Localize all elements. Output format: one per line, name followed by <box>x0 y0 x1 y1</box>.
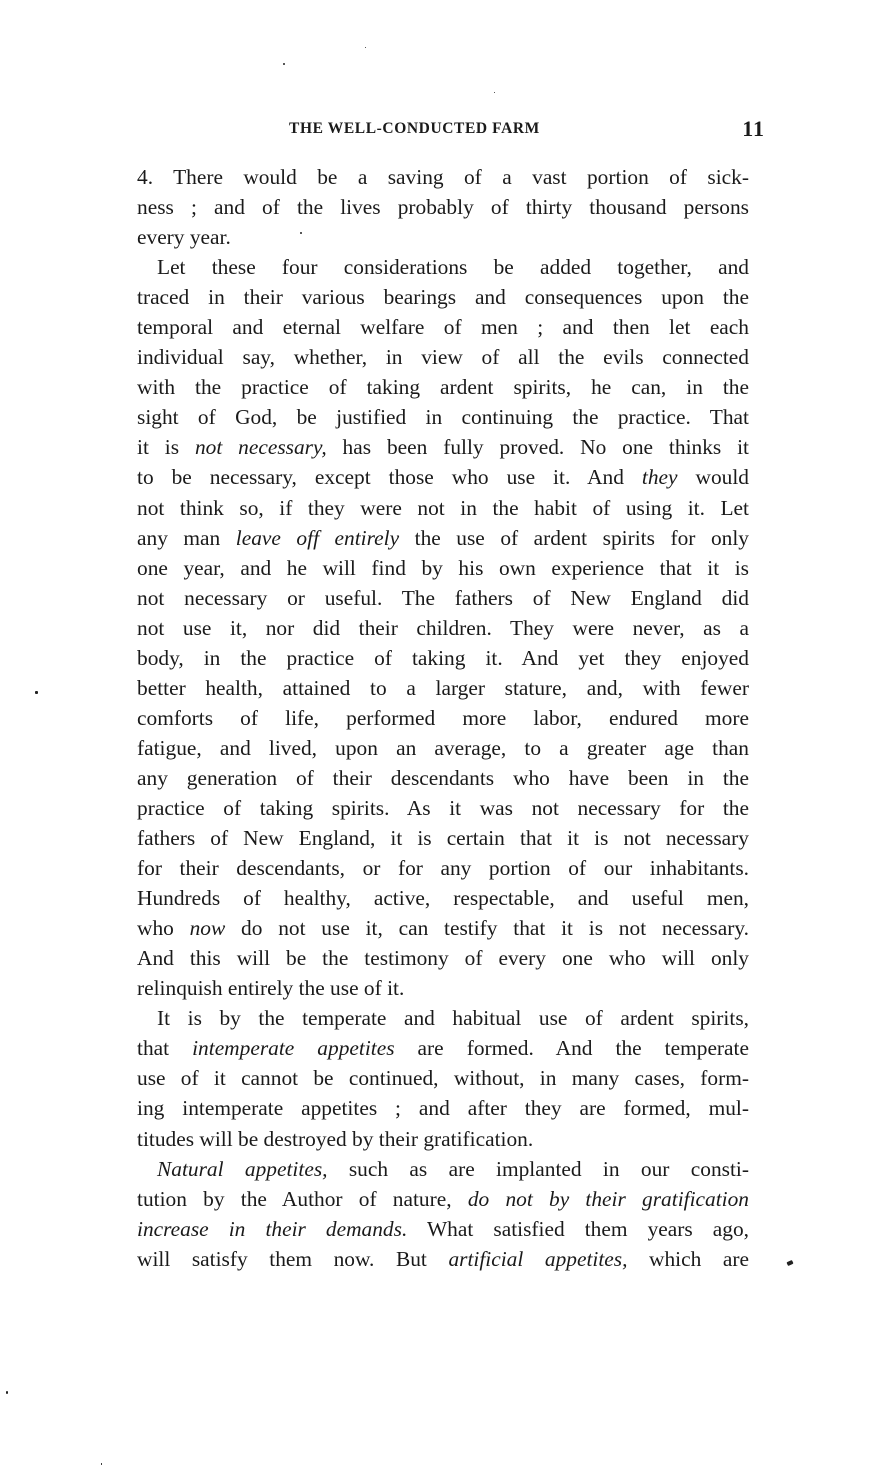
text-line: Hundreds of healthy, active, respectable… <box>137 883 749 913</box>
text-line: not use it, nor did their children. They… <box>137 613 749 643</box>
text-line: Let these four considerations be added t… <box>137 252 749 282</box>
scan-speck <box>494 92 495 93</box>
italic-text-run: intemperate appetites <box>192 1036 394 1060</box>
text-run: not necessary or useful. The fathers of … <box>137 586 749 610</box>
italic-text-run: do not by their gratification <box>468 1187 749 1211</box>
text-run: Hundreds of healthy, active, respectable… <box>137 886 749 910</box>
text-run: body, in the practice of taking it. And … <box>137 646 749 670</box>
text-run: which are <box>627 1247 749 1271</box>
text-run: who <box>137 916 190 940</box>
scan-speck <box>283 63 285 65</box>
text-line: Natural appetites, such as are implanted… <box>137 1154 749 1184</box>
text-run: fatigue, and lived, upon an average, to … <box>137 736 749 760</box>
text-line: practice of taking spirits. As it was no… <box>137 793 749 823</box>
text-line: better health, attained to a larger stat… <box>137 673 749 703</box>
text-line: to be necessary, except those who use it… <box>137 462 749 492</box>
text-run: any generation of their descendants who … <box>137 766 749 790</box>
text-line: use of it cannot be continued, without, … <box>137 1063 749 1093</box>
italic-text-run: they <box>642 465 678 489</box>
text-line: 4. There would be a saving of a vast por… <box>137 162 749 192</box>
text-line: individual say, whether, in view of all … <box>137 342 749 372</box>
italic-text-run: artificial appetites, <box>448 1247 627 1271</box>
text-line: will satisfy them now. But artificial ap… <box>137 1244 749 1274</box>
scan-speck <box>101 1463 102 1465</box>
text-run: it is <box>137 435 195 459</box>
text-line: sight of God, be justified in continuing… <box>137 402 749 432</box>
text-run: 4. There would be a saving of a vast por… <box>137 165 749 189</box>
text-run: the use of ardent spirits for only <box>399 526 749 550</box>
italic-text-run: not necessary, <box>195 435 327 459</box>
paragraph-p4: Natural appetites, such as are implanted… <box>137 1154 749 1274</box>
text-line: And this will be the testimony of every … <box>137 943 749 973</box>
text-line: not necessary or useful. The fathers of … <box>137 583 749 613</box>
text-run: practice of taking spirits. As it was no… <box>137 796 749 820</box>
scan-speck <box>6 1391 8 1394</box>
text-run: with the practice of taking ardent spiri… <box>137 375 749 399</box>
paragraph-p1: 4. There would be a saving of a vast por… <box>137 162 749 252</box>
text-run: has been fully proved. No one thinks it <box>327 435 749 459</box>
scan-speck <box>35 691 38 694</box>
text-line: not think so, if they were not in the ha… <box>137 493 749 523</box>
body-text: 4. There would be a saving of a vast por… <box>137 162 749 1274</box>
text-run: tution by the Author of nature, <box>137 1187 468 1211</box>
text-run: are formed. And the temperate <box>395 1036 749 1060</box>
text-run: titudes will be destroyed by their grati… <box>137 1127 533 1151</box>
text-line: who now do not use it, can testify that … <box>137 913 749 943</box>
text-run: not think so, if they were not in the ha… <box>137 496 749 520</box>
text-line: tution by the Author of nature, do not b… <box>137 1184 749 1214</box>
italic-text-run: leave off entirely <box>236 526 399 550</box>
scan-speck <box>300 232 302 234</box>
text-line: fathers of New England, it is certain th… <box>137 823 749 853</box>
text-line: every year. <box>137 222 749 252</box>
text-run: sight of God, be justified in continuing… <box>137 405 749 429</box>
text-line: for their descendants, or for any portio… <box>137 853 749 883</box>
text-run: relinquish entirely the use of it. <box>137 976 404 1000</box>
text-run: It is by the temperate and habitual use … <box>157 1006 749 1030</box>
running-head: THE WELL-CONDUCTED FARM 11 <box>137 118 767 142</box>
text-line: one year, and he will find by his own ex… <box>137 553 749 583</box>
text-line: ness ; and of the lives probably of thir… <box>137 192 749 222</box>
book-page: THE WELL-CONDUCTED FARM 11 4. There woul… <box>0 0 888 1475</box>
text-line: It is by the temperate and habitual use … <box>137 1003 749 1033</box>
text-line: with the practice of taking ardent spiri… <box>137 372 749 402</box>
text-run: use of it cannot be continued, without, … <box>137 1066 749 1090</box>
text-run: ness ; and of the lives probably of thir… <box>137 195 749 219</box>
text-run: ing intemperate appetites ; and after th… <box>137 1096 749 1120</box>
text-line: fatigue, and lived, upon an average, to … <box>137 733 749 763</box>
text-run: What satisfied them years ago, <box>407 1217 749 1241</box>
text-run: will satisfy them now. But <box>137 1247 448 1271</box>
text-run: individual say, whether, in view of all … <box>137 345 749 369</box>
text-line: ing intemperate appetites ; and after th… <box>137 1093 749 1123</box>
text-line: comforts of life, performed more labor, … <box>137 703 749 733</box>
scan-speck <box>786 1260 793 1266</box>
text-run: do not use it, can testify that it is no… <box>225 916 749 940</box>
italic-text-run: Natural appetites, <box>157 1157 328 1181</box>
text-run: for their descendants, or for any portio… <box>137 856 749 880</box>
text-run: And this will be the testimony of every … <box>137 946 749 970</box>
text-run: to be necessary, except those who use it… <box>137 465 642 489</box>
text-run: one year, and he will find by his own ex… <box>137 556 749 580</box>
scan-speck <box>365 47 366 48</box>
text-line: relinquish entirely the use of it. <box>137 973 749 1003</box>
text-line: any man leave off entirely the use of ar… <box>137 523 749 553</box>
text-run: traced in their various bearings and con… <box>137 285 749 309</box>
text-line: temporal and eternal welfare of men ; an… <box>137 312 749 342</box>
text-run: such as are implanted in our consti- <box>328 1157 750 1181</box>
text-run: that <box>137 1036 192 1060</box>
page-number: 11 <box>742 116 765 142</box>
paragraph-p2: Let these four considerations be added t… <box>137 252 749 1003</box>
running-title: THE WELL-CONDUCTED FARM <box>289 120 540 138</box>
text-line: increase in their demands. What satisfie… <box>137 1214 749 1244</box>
italic-text-run: increase in their demands. <box>137 1217 407 1241</box>
text-run: every year. <box>137 225 231 249</box>
text-run: not use it, nor did their children. They… <box>137 616 749 640</box>
text-run: temporal and eternal welfare of men ; an… <box>137 315 749 339</box>
text-run: fathers of New England, it is certain th… <box>137 826 749 850</box>
text-line: titudes will be destroyed by their grati… <box>137 1124 749 1154</box>
text-run: Let these four considerations be added t… <box>157 255 749 279</box>
text-run: comforts of life, performed more labor, … <box>137 706 749 730</box>
paragraph-p3: It is by the temperate and habitual use … <box>137 1003 749 1153</box>
text-run: would <box>678 465 749 489</box>
text-run: any man <box>137 526 236 550</box>
text-line: traced in their various bearings and con… <box>137 282 749 312</box>
text-line: body, in the practice of taking it. And … <box>137 643 749 673</box>
italic-text-run: now <box>190 916 226 940</box>
text-line: it is not necessary, has been fully prov… <box>137 432 749 462</box>
text-line: that intemperate appetites are formed. A… <box>137 1033 749 1063</box>
text-run: better health, attained to a larger stat… <box>137 676 749 700</box>
text-line: any generation of their descendants who … <box>137 763 749 793</box>
